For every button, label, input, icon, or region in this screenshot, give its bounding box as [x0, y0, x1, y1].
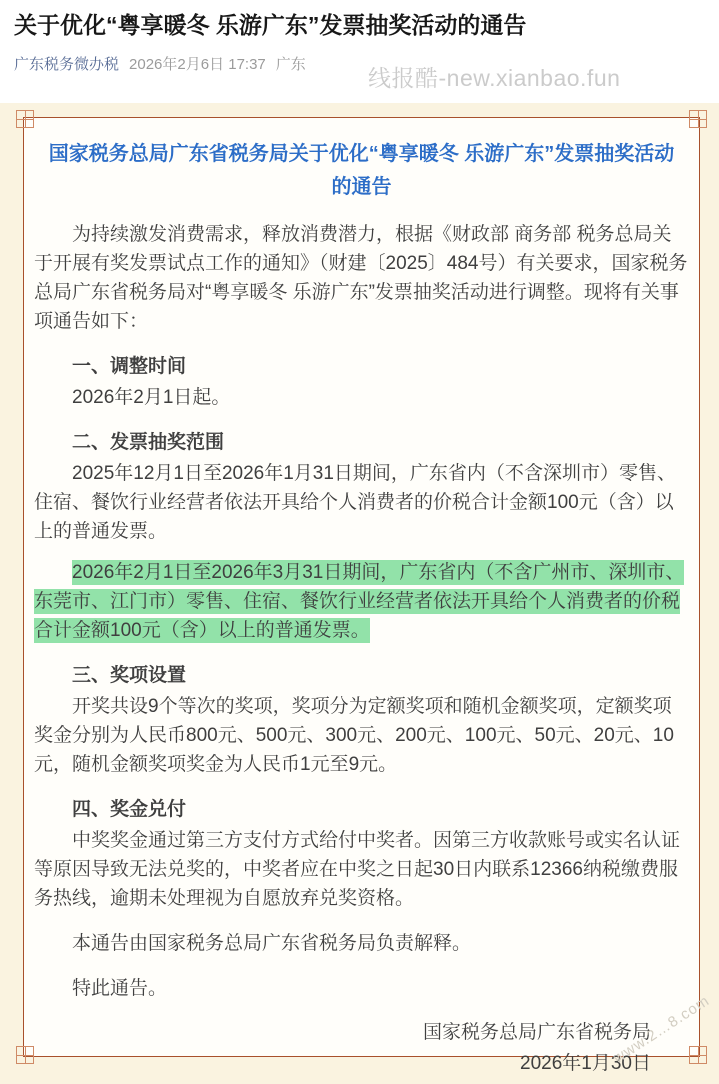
corner-ornament-icon	[16, 110, 34, 128]
corner-ornament-icon	[689, 110, 707, 128]
highlight-text: 2026年2月1日至2026年3月31日期间，广东省内（不含广州市、深圳市、东莞…	[34, 560, 684, 643]
section-4-heading: 四、奖金兑付	[34, 795, 689, 824]
account-name[interactable]: 广东税务微办税	[14, 55, 119, 75]
signature-org: 国家税务总局广东省税务局	[34, 1017, 651, 1048]
section-3-paragraph: 开奖共设9个等次的奖项，奖项分为定额奖项和随机金额奖项，定额奖项奖金分别为人民币…	[34, 692, 689, 779]
section-2-paragraph-1: 2025年12月1日至2026年1月31日期间，广东省内（不含深圳市）零售、住宿…	[34, 459, 689, 546]
section-4-paragraph: 中奖奖金通过第三方支付方式给付中奖者。因第三方收款账号或实名认证等原因导致无法兑…	[34, 826, 689, 913]
corner-ornament-icon	[689, 1046, 707, 1064]
section-2-paragraph-2-highlighted: 2026年2月1日至2026年3月31日期间，广东省内（不含广州市、深圳市、东莞…	[34, 558, 689, 645]
signature-date: 2026年1月30日	[34, 1048, 651, 1079]
notice-body: 国家税务总局广东省税务局关于优化“粤享暖冬 乐游广东”发票抽奖活动的通告 为持续…	[24, 118, 699, 1079]
intro-paragraph: 为持续激发消费需求，释放消费潜力，根据《财政部 商务部 税务总局关于开展有奖发票…	[34, 220, 689, 336]
section-3-heading: 三、奖项设置	[34, 661, 689, 690]
corner-ornament-icon	[16, 1046, 34, 1064]
signature-block: 国家税务总局广东省税务局 2026年1月30日	[34, 1017, 689, 1079]
closing-paragraph-2: 特此通告。	[34, 974, 689, 1003]
article-page: 关于优化“粤享暖冬 乐游广东”发票抽奖活动的通告 广东税务微办税 2026年2月…	[0, 0, 719, 1084]
page-title: 关于优化“粤享暖冬 乐游广东”发票抽奖活动的通告	[14, 10, 705, 41]
site-watermark: 线报酷-new.xianbao.fun	[368, 60, 620, 93]
section-2-heading: 二、发票抽奖范围	[34, 428, 689, 457]
section-1-heading: 一、调整时间	[34, 352, 689, 381]
notice-heading: 国家税务总局广东省税务局关于优化“粤享暖冬 乐游广东”发票抽奖活动的通告	[42, 138, 681, 204]
section-1-paragraph: 2026年2月1日起。	[34, 383, 689, 412]
publish-time: 2026年2月6日 17:37	[129, 55, 266, 75]
closing-paragraph-1: 本通告由国家税务总局广东省税务局负责解释。	[34, 929, 689, 958]
notice-card: 国家税务总局广东省税务局关于优化“粤享暖冬 乐游广东”发票抽奖活动的通告 为持续…	[23, 117, 700, 1057]
publish-region: 广东	[276, 55, 306, 75]
notice-image-background: 国家税务总局广东省税务局关于优化“粤享暖冬 乐游广东”发票抽奖活动的通告 为持续…	[0, 103, 719, 1084]
